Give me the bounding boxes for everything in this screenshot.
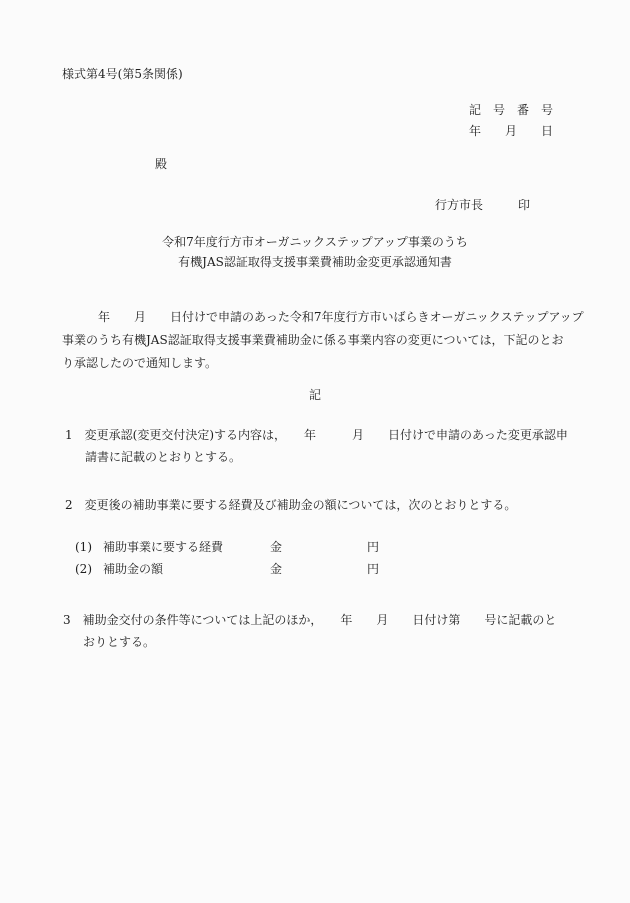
item-2-line1: 2 変更後の補助事業に要する経費及び補助金の額については，次のとおりとする。	[65, 498, 516, 513]
item-3-line1: 3 補助金交付の条件等については上記のほか， 年 月 日付け第 号に記載のと	[63, 613, 556, 628]
seal-mark: 印	[518, 198, 530, 212]
expense-row-label: 補助金の額	[103, 562, 163, 577]
currency-suffix: 円	[367, 562, 379, 577]
body-paragraph-line2: 事業のうち有機JAS認証取得支援事業費補助金に係る事業内容の変更については，下記…	[62, 333, 563, 348]
record-heading: 記	[0, 388, 630, 403]
item-3-line2: おりとする。	[83, 635, 155, 650]
issuer-title: 行方市長	[435, 198, 483, 212]
issue-date-line: 年 月 日	[0, 124, 553, 139]
currency-prefix: 金	[270, 562, 282, 577]
document-title-line1: 令和7年度行方市オーガニックステップアップ事業のうち	[0, 235, 630, 250]
expense-row-2: (2) 補助金の額 金 円	[0, 562, 630, 578]
issuer-line: 行方市長印	[435, 198, 530, 213]
item-1-line2: 請書に記載のとおりとする。	[85, 450, 241, 465]
body-paragraph-line1: 年 月 日付けで申請のあった令和7年度行方市いばらきオーガニックステップアップ	[62, 310, 584, 325]
form-number: 様式第4号(第5条関係)	[62, 67, 183, 82]
expense-row-1: (1) 補助事業に要する経費 金 円	[0, 540, 630, 556]
document-page: 様式第4号(第5条関係) 記 号 番 号 年 月 日 殿 行方市長印 令和7年度…	[0, 0, 630, 903]
currency-suffix: 円	[367, 540, 379, 555]
expense-row-number: (1)	[75, 540, 92, 555]
currency-prefix: 金	[270, 540, 282, 555]
addressee-honorific: 殿	[155, 157, 167, 172]
reference-number-line: 記 号 番 号	[0, 103, 553, 118]
document-title-line2: 有機JAS認証取得支援事業費補助金変更承認通知書	[0, 255, 630, 270]
expense-row-number: (2)	[75, 562, 92, 577]
expense-row-label: 補助事業に要する経費	[103, 540, 223, 555]
body-paragraph-line3: り承認したので通知します。	[62, 356, 217, 371]
item-1-line1: 1 変更承認(変更交付決定)する内容は， 年 月 日付けで申請のあった変更承認申	[65, 428, 568, 443]
